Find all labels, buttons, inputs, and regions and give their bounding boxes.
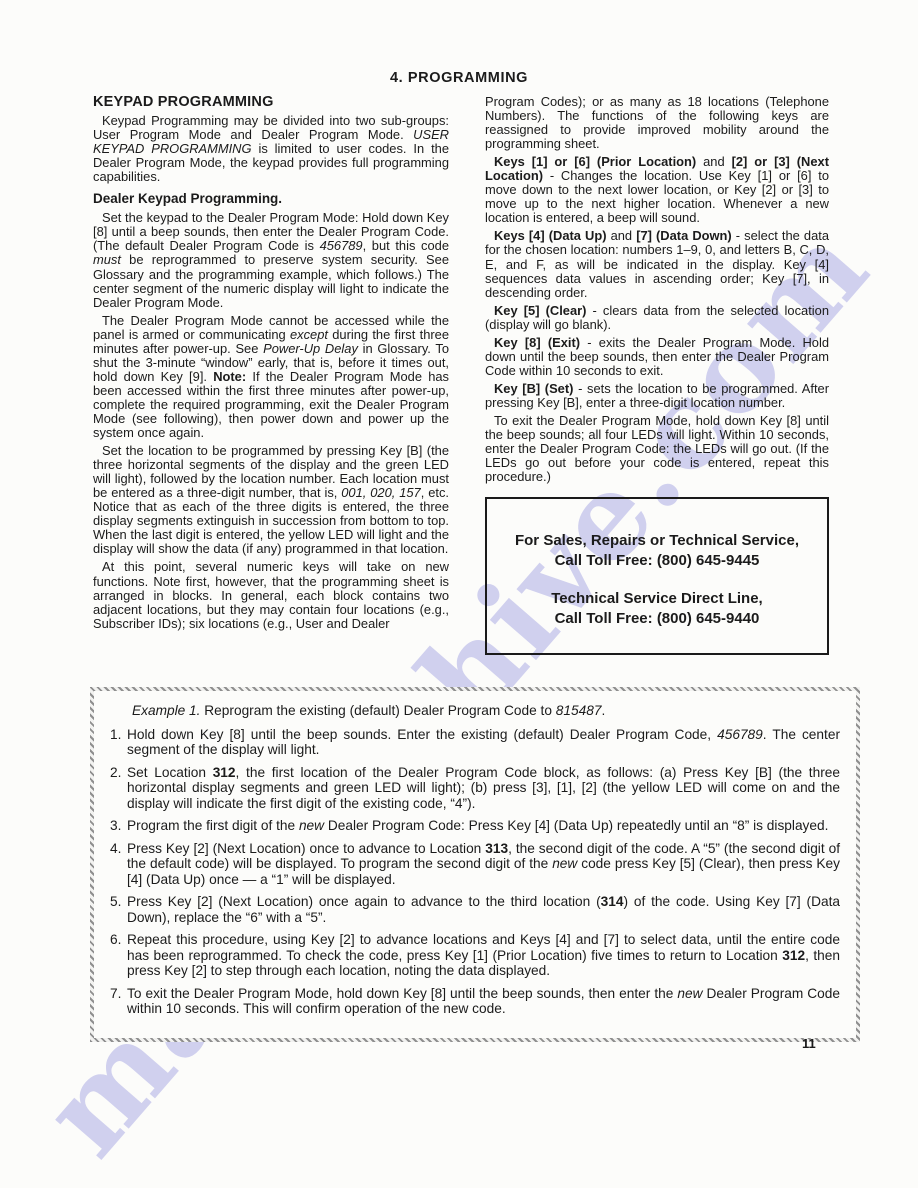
- paragraph: Set the location to be programmed by pre…: [93, 444, 449, 556]
- paragraph-key-8-exit: Key [8] (Exit) - exits the Dealer Progra…: [485, 336, 829, 378]
- paragraph: The Dealer Program Mode cannot be access…: [93, 314, 449, 440]
- example-step: 2. Set Location 312, the first location …: [110, 765, 840, 812]
- paragraph-key-b-set: Key [B] (Set) - sets the location to be …: [485, 382, 829, 410]
- service-phone-sales: Call Toll Free: (800) 645-9445: [495, 551, 819, 571]
- page-title: 4. PROGRAMMING: [0, 70, 918, 86]
- paragraph-key-5-clear: Key [5] (Clear) - clears data from the s…: [485, 304, 829, 332]
- service-line-sales: For Sales, Repairs or Technical Service,: [495, 531, 819, 551]
- manual-page: manualshive.com 4. PROGRAMMING KEYPAD PR…: [0, 0, 918, 1188]
- service-contact-box: For Sales, Repairs or Technical Service,…: [485, 497, 829, 655]
- step-text: Hold down Key [8] until the beep sounds.…: [127, 727, 840, 758]
- step-number: 4.: [110, 841, 121, 857]
- paragraph-keys-4-7: Keys [4] (Data Up) and [7] (Data Down) -…: [485, 229, 829, 299]
- paragraph: Program Codes); or as many as 18 locatio…: [485, 95, 829, 151]
- example-step: 6. Repeat this procedure, using Key [2] …: [110, 932, 840, 979]
- step-number: 3.: [110, 818, 121, 834]
- step-text: Press Key [2] (Next Location) once to ad…: [127, 841, 840, 887]
- service-line-direct: Technical Service Direct Line,: [495, 589, 819, 609]
- step-number: 1.: [110, 727, 121, 743]
- step-number: 6.: [110, 932, 121, 948]
- example-step: 4. Press Key [2] (Next Location) once to…: [110, 841, 840, 888]
- step-text: To exit the Dealer Program Mode, hold do…: [127, 986, 840, 1017]
- page-number: 11: [802, 1036, 816, 1051]
- example-step: 1. Hold down Key [8] until the beep soun…: [110, 727, 840, 758]
- paragraph: Set the keypad to the Dealer Program Mod…: [93, 211, 449, 309]
- step-text: Set Location 312, the first location of …: [127, 765, 840, 811]
- example-lead: Example 1. Reprogram the existing (defau…: [132, 703, 840, 719]
- step-text: Program the first digit of the new Deale…: [127, 818, 828, 833]
- example-box: Example 1. Reprogram the existing (defau…: [90, 687, 860, 1042]
- example-step: 3. Program the first digit of the new De…: [110, 818, 840, 834]
- column-right: Program Codes); or as many as 18 locatio…: [485, 95, 829, 655]
- example-step: 7. To exit the Dealer Program Mode, hold…: [110, 986, 840, 1017]
- step-text: Press Key [2] (Next Location) once again…: [127, 894, 840, 925]
- step-number: 2.: [110, 765, 121, 781]
- section-heading-dealer-keypad-programming: Dealer Keypad Programming.: [93, 192, 449, 206]
- example-step: 5. Press Key [2] (Next Location) once ag…: [110, 894, 840, 925]
- paragraph-exit-procedure: To exit the Dealer Program Mode, hold do…: [485, 414, 829, 484]
- step-text: Repeat this procedure, using Key [2] to …: [127, 932, 840, 978]
- example-steps-list: 1. Hold down Key [8] until the beep soun…: [110, 727, 840, 1017]
- step-number: 5.: [110, 894, 121, 910]
- paragraph-keys-1-6-2-3: Keys [1] or [6] (Prior Location) and [2]…: [485, 155, 829, 225]
- paragraph: Keypad Programming may be divided into t…: [93, 114, 449, 184]
- column-left: KEYPAD PROGRAMMING Keypad Programming ma…: [93, 95, 449, 635]
- service-phone-direct: Call Toll Free: (800) 645-9440: [495, 609, 819, 629]
- step-number: 7.: [110, 986, 121, 1002]
- section-heading-keypad-programming: KEYPAD PROGRAMMING: [93, 95, 449, 109]
- paragraph: At this point, several numeric keys will…: [93, 560, 449, 630]
